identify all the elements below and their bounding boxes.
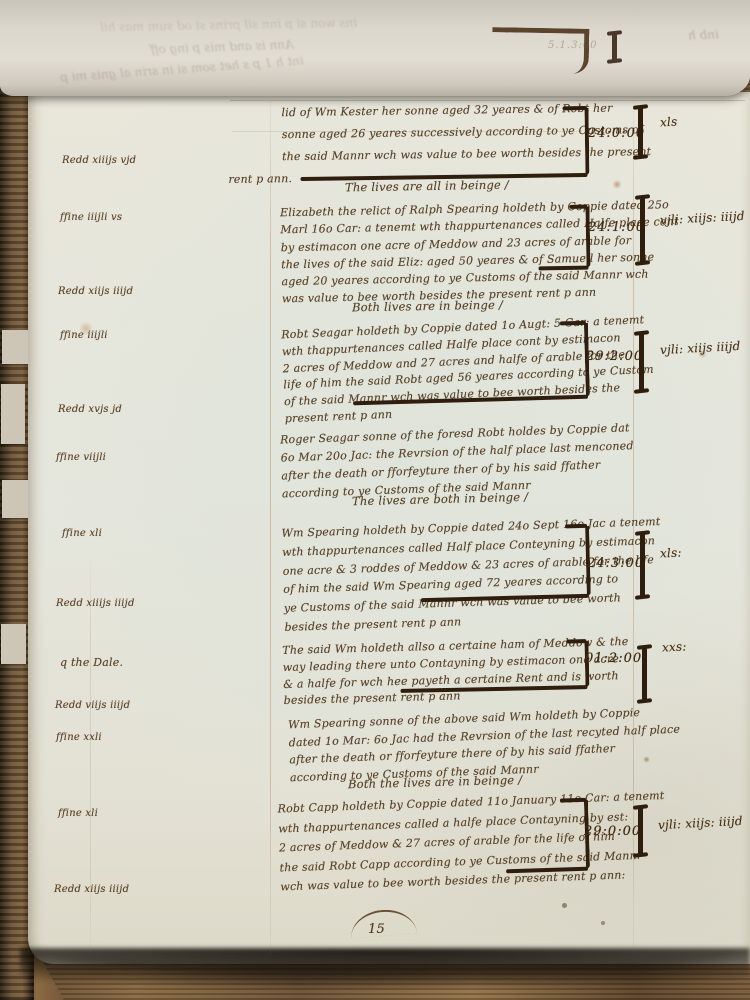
ink-bracket [351,323,590,404]
showthrough-line: Ann is and mis p ing off [150,37,294,56]
ink-bracket [419,526,591,600]
margin-note-redd: Redd xiiijs vjd [62,155,136,166]
rent-amount: 01:2:00 [585,651,642,666]
manuscript-photo: lid of Wm Kester her sonne aged 32 yeare… [0,0,750,1000]
lives-note: Both lives are in beinge / [352,298,503,315]
ink-bracket [504,800,590,872]
margin-note-fine: ffine iiijli vs [60,212,122,223]
closing-bracket-mark [640,532,645,598]
fold-line-vertical [90,560,91,956]
rent-amount: 29:2:00 [586,349,643,364]
valuation-note: xls: [660,545,682,560]
ink-bracket [400,641,590,691]
margin-note-redd: Redd xiiijs iiijd [56,598,135,609]
margin-note-fine: ffine xli [58,808,98,819]
stain [643,756,650,763]
rent-amount: 24:0:00 [588,126,645,141]
stain [562,903,567,908]
stain [601,921,605,925]
valuation-note: xls [660,115,678,130]
closing-bracket-mark [638,106,643,158]
closing-bracket-mark [639,332,644,392]
margin-note-redd: Redd viijs iiijd [55,700,130,711]
margin-note-fine: ffine xxli [56,732,102,743]
closing-bracket-mark [642,646,647,702]
page-number: 15 [368,922,385,937]
rent-amount: 29:0:00 [584,824,641,839]
closing-bracket-mark [640,196,645,264]
showthrough-line: ins won si p inn sil prins si od sum mas… [100,16,357,34]
margin-note-redd: Redd xiijs iiijd [58,286,133,297]
ink-bracket [300,108,590,179]
page-bottom-shadow [20,948,750,990]
showthrough-amount: 5.1.3:00 [548,40,598,51]
margin-note-side: q the Dale. [60,656,123,669]
showthrough-line: int h 1 p s het som si in srin al gnis m… [60,54,304,85]
ink-bracket [537,207,590,269]
page-stub [2,330,28,364]
ruled-line [230,100,745,101]
margin-note-fine: ffine iiijli [60,330,108,341]
page-stub [2,480,28,518]
margin-note-redd: Redd xiijs iiijd [54,884,129,895]
showthrough-mark [612,32,617,62]
closing-bracket-mark [638,806,643,856]
fold-line-vertical [270,100,271,956]
margin-note-redd: Redd xvjs jd [58,404,122,415]
showthrough-line: inb h [688,27,719,42]
page-stub [1,624,26,664]
page-stub [1,384,25,444]
lives-note: The lives are all in beinge / [345,178,509,195]
rent-amount: 24:1:00 [588,220,645,235]
stain [612,180,622,189]
margin-note-fine: ffine viijli [56,452,106,463]
valuation-note: xxs: [662,639,687,654]
rent-amount: 24:3:00 [587,556,644,571]
page-curl: Ann is and mis p ing off int h 1 p s het… [0,0,750,96]
margin-note-fine: ffine xli [62,528,102,539]
